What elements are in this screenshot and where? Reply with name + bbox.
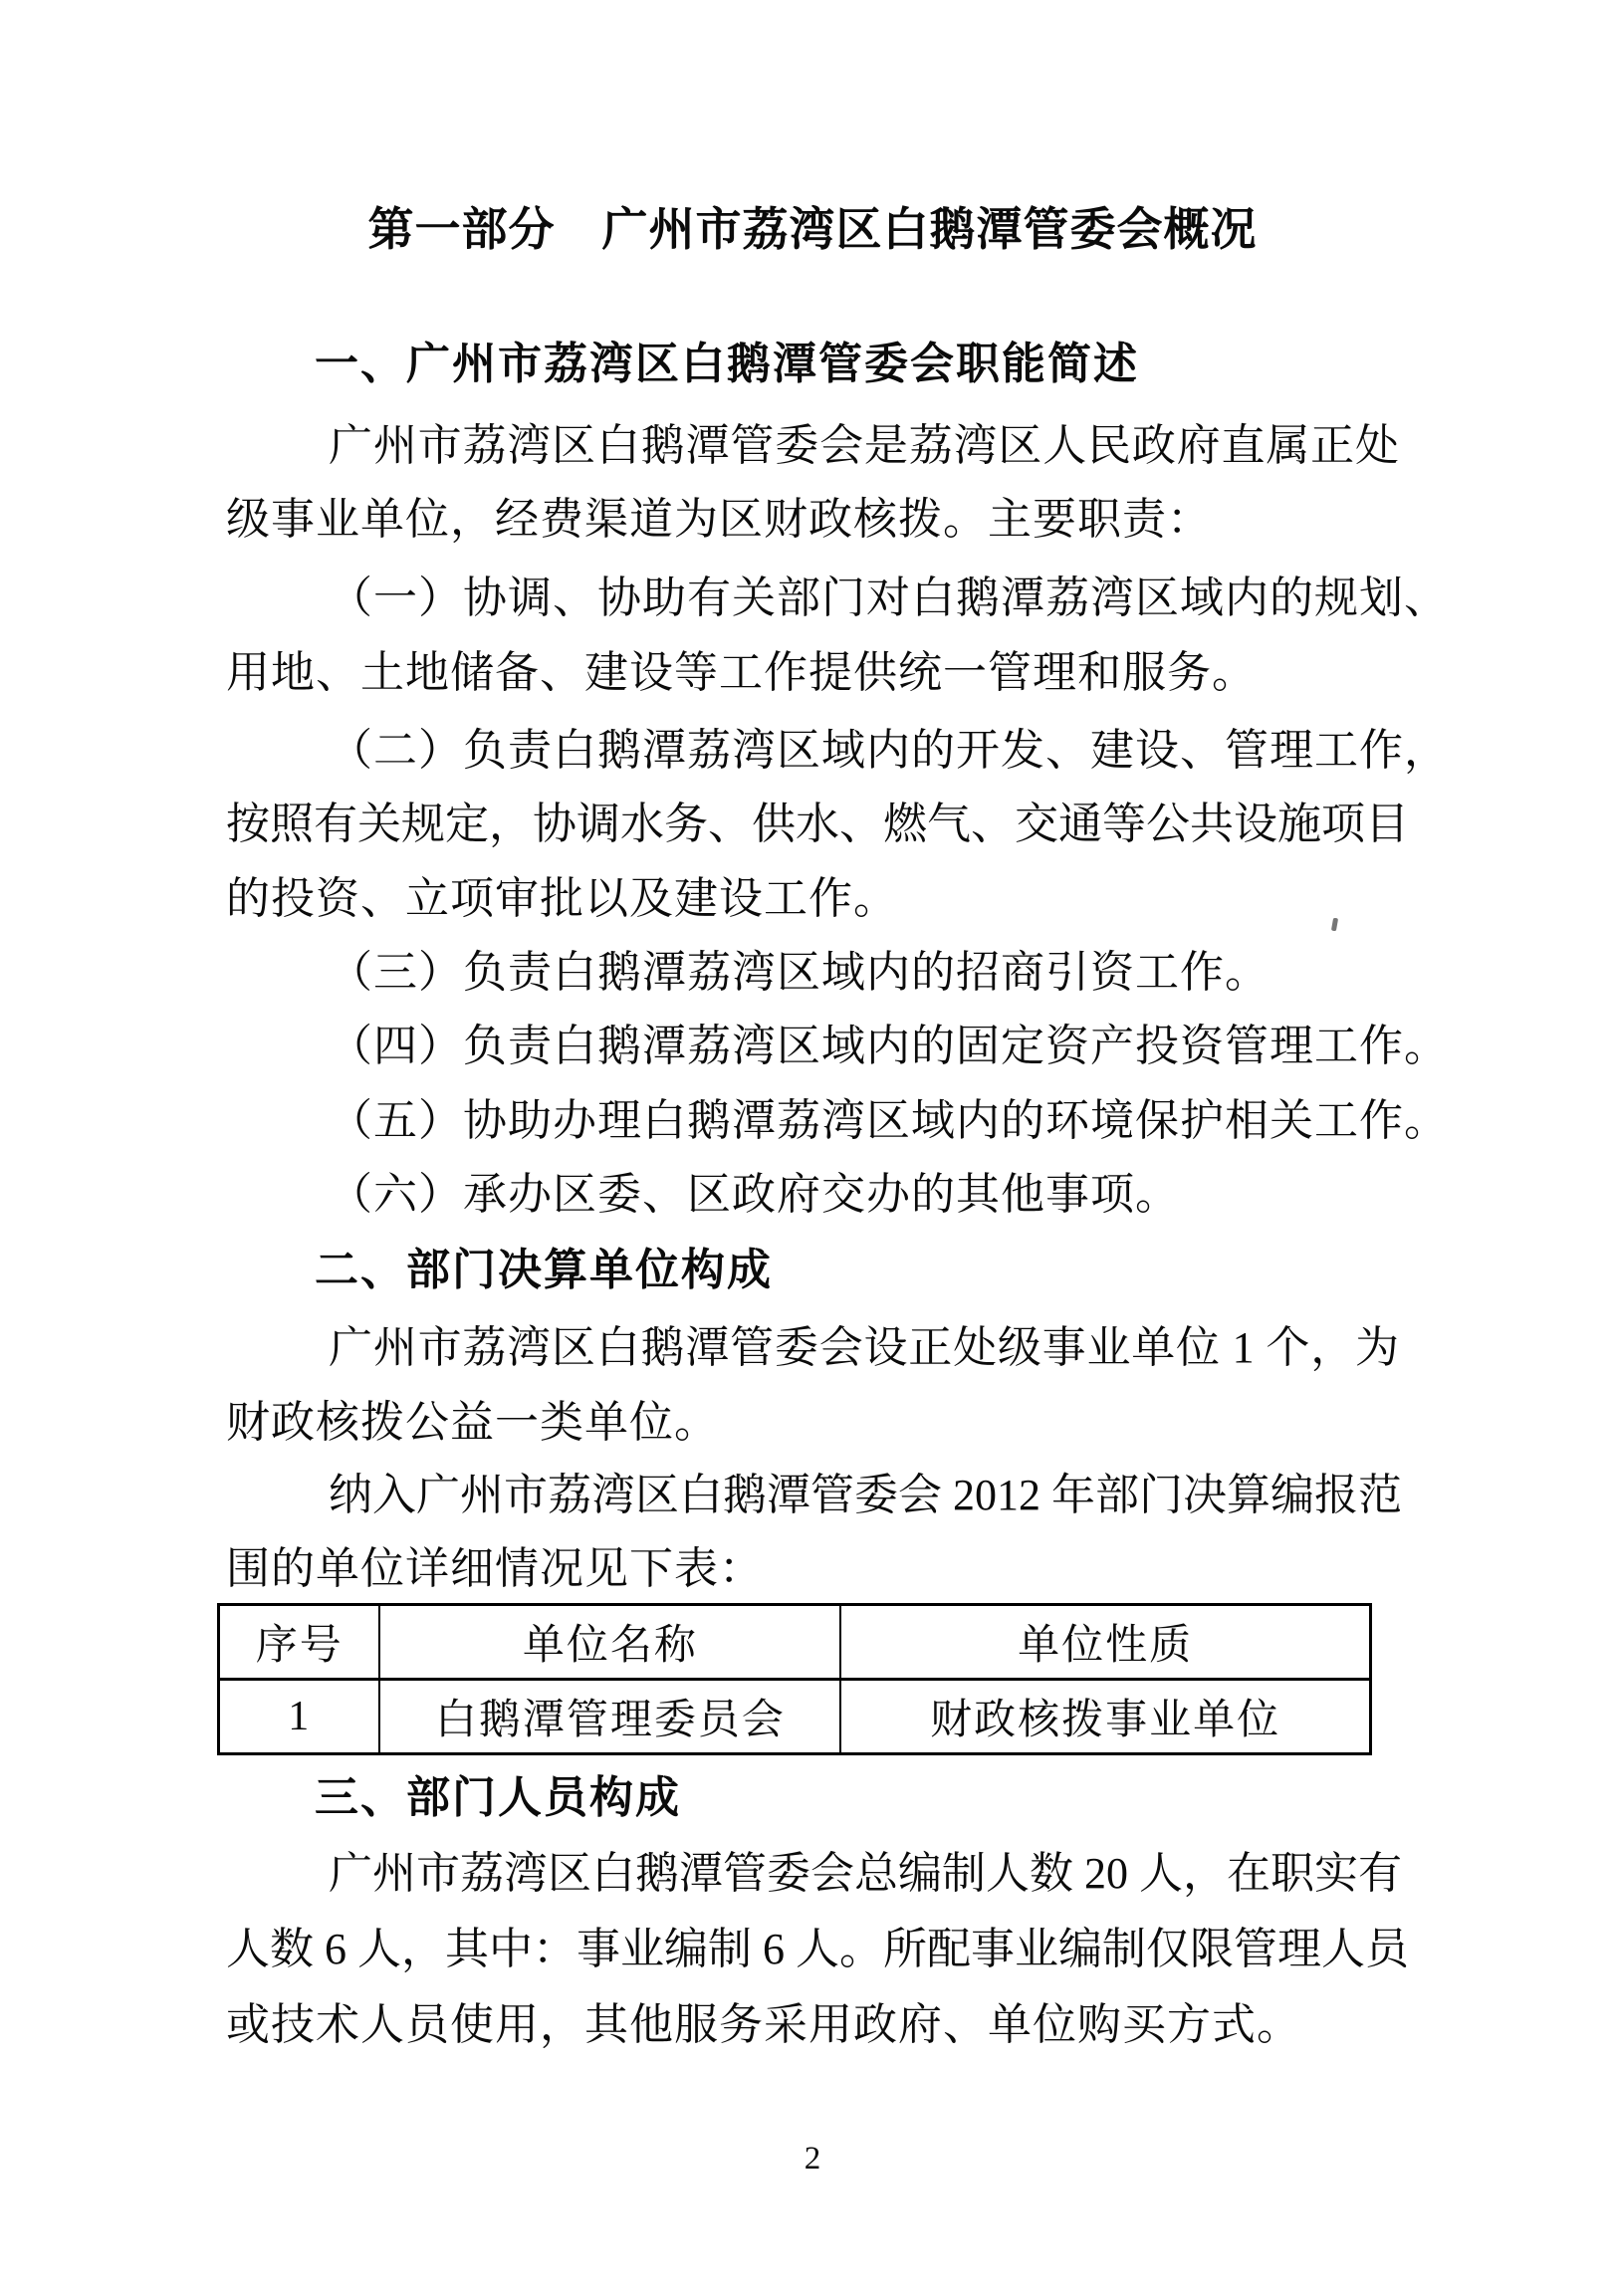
- section-2-heading: 二、部门决算单位构成: [315, 1247, 773, 1294]
- page-number: 2: [226, 2141, 1399, 2178]
- document-title: 第一部分 广州市荔湾区白鹅潭管委会概况: [226, 193, 1399, 259]
- table-header-cell: 单位性质: [840, 1605, 1370, 1680]
- para-line: （五）协助办理白鹅潭荔湾区域内的环境保护相关工作。: [329, 1097, 1449, 1145]
- para-line: 广州市荔湾区白鹅潭管委会设正处级事业单位 1 个，为: [329, 1324, 1399, 1372]
- document-page: 第一部分 广州市荔湾区白鹅潭管委会概况 一、广州市荔湾区白鹅潭管委会职能简述 广…: [0, 0, 1616, 2296]
- para-line: （三）负责白鹅潭荔湾区域内的招商引资工作。: [329, 949, 1270, 997]
- para-line: 按照有关规定，协调水务、供水、燃气、交通等公共设施项目: [226, 801, 1399, 848]
- para-line: （二）负责白鹅潭荔湾区域内的开发、建设、管理工作，: [329, 727, 1449, 775]
- para-line: （四）负责白鹅潭荔湾区域内的固定资产投资管理工作。: [329, 1023, 1449, 1070]
- scan-artifact-mark: [1331, 918, 1338, 932]
- units-table: 序号 单位名称 单位性质 1 白鹅潭管理委员会 财政核拨事业单位: [217, 1603, 1372, 1755]
- para-line: 纳入广州市荔湾区白鹅潭管委会 2012 年部门决算编报范: [329, 1472, 1399, 1519]
- para-line: 广州市荔湾区白鹅潭管委会是荔湾区人民政府直属正处: [329, 422, 1399, 470]
- para-line: 财政核拨公益一类单位。: [226, 1399, 719, 1447]
- table-header-cell: 单位名称: [379, 1605, 840, 1680]
- para-line: 广州市荔湾区白鹅潭管委会总编制人数 20 人，在职实有: [329, 1850, 1399, 1898]
- section-3-heading: 三、部门人员构成: [315, 1774, 681, 1822]
- table-header-cell: 序号: [219, 1605, 380, 1680]
- table-row: 1 白鹅潭管理委员会 财政核拨事业单位: [219, 1680, 1371, 1754]
- para-line: 或技术人员使用，其他服务采用政府、单位购买方式。: [226, 2001, 1301, 2049]
- para-line: （一）协调、协助有关部门对白鹅潭荔湾区域内的规划、: [329, 574, 1449, 622]
- para-line: 的投资、立项审批以及建设工作。: [226, 875, 898, 923]
- table-cell: 财政核拨事业单位: [840, 1680, 1370, 1754]
- para-line: 级事业单位，经费渠道为区财政核拨。主要职责：: [226, 496, 1212, 544]
- para-line: 用地、土地储备、建设等工作提供统一管理和服务。: [226, 649, 1257, 697]
- section-1-heading: 一、广州市荔湾区白鹅潭管委会职能简述: [315, 341, 1139, 388]
- table-cell: 白鹅潭管理委员会: [379, 1680, 840, 1754]
- table-header-row: 序号 单位名称 单位性质: [219, 1605, 1371, 1680]
- para-line: 围的单位详细情况见下表：: [226, 1545, 764, 1593]
- para-line: （六）承办区委、区政府交办的其他事项。: [329, 1171, 1180, 1219]
- table-cell: 1: [219, 1680, 380, 1754]
- para-line: 人数 6 人，其中：事业编制 6 人。所配事业编制仅限管理人员: [226, 1926, 1399, 1973]
